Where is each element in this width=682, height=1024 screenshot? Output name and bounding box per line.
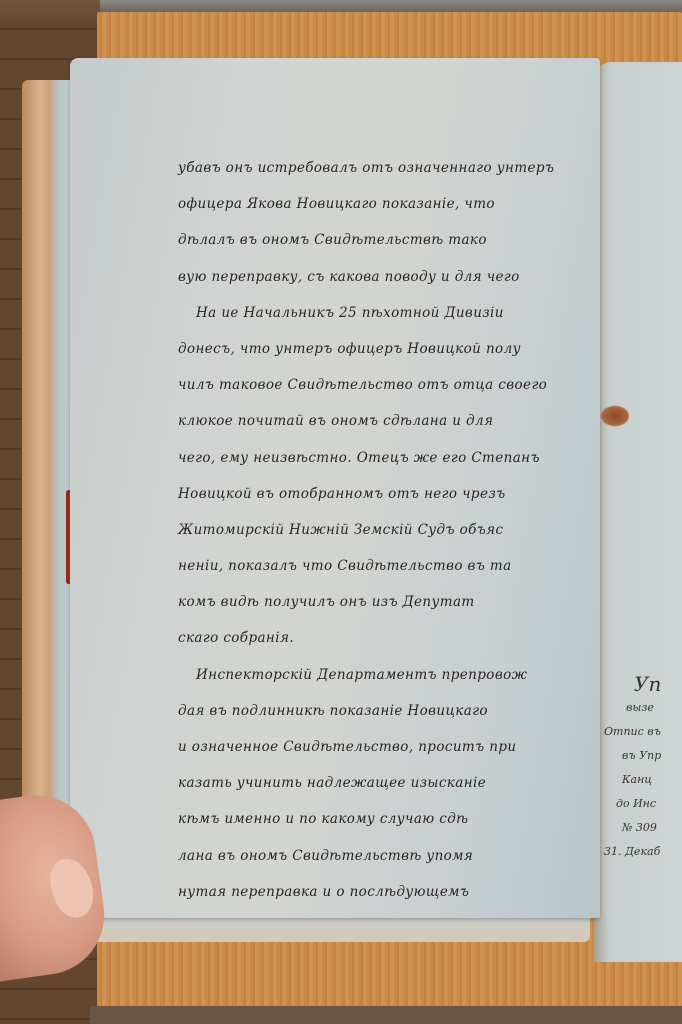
facing-line: Уп bbox=[604, 672, 682, 696]
text-line: нутая переправка и о послѣдующемъ bbox=[178, 874, 598, 910]
facing-line: вызе bbox=[604, 696, 682, 720]
ink-stain bbox=[600, 405, 630, 427]
facing-page-text: Уп вызе Отпис въ въ Упр Канц до Инс № 30… bbox=[604, 672, 682, 864]
text-line: На ие Начальникъ 25 пѣхотной Дивизіи bbox=[178, 295, 598, 331]
facing-line: 31. Декаб bbox=[604, 840, 682, 864]
text-line: офицера Якова Новицкаго показаніе, что bbox=[178, 186, 598, 222]
text-line: Новицкой въ отобранномъ отъ него чрезъ bbox=[178, 476, 598, 512]
text-line: неніи, показалъ что Свидѣтельство въ та bbox=[178, 548, 598, 584]
text-line: лана въ ономъ Свидѣтельствѣ упомя bbox=[178, 838, 598, 874]
text-line: кѣмъ именно и по какому случаю сдѣ bbox=[178, 801, 598, 837]
text-line: Инспекторскій Департаментъ препровож bbox=[178, 657, 598, 693]
text-line: клюкое почитай въ ономъ сдѣлана и для bbox=[178, 403, 598, 439]
facing-line: № 309 bbox=[604, 816, 682, 840]
desk-bottom-shadow bbox=[90, 1006, 682, 1024]
text-line: скаго собранія. bbox=[178, 620, 598, 656]
facing-line: Канц bbox=[604, 768, 682, 792]
text-line: Житомирскій Нижній Земскій Судъ объяс bbox=[178, 512, 598, 548]
text-line: вую переправку, съ какова поводу и для ч… bbox=[178, 259, 598, 295]
text-line: чего, ему неизвѣстно. Отецъ же его Степа… bbox=[178, 440, 598, 476]
text-line: убавъ онъ истребовалъ отъ означеннаго ун… bbox=[178, 150, 598, 186]
text-line: чилъ таковое Свидѣтельство отъ отца свое… bbox=[178, 367, 598, 403]
facing-line: Отпис въ bbox=[604, 720, 682, 744]
text-line: казать учинить надлежащее изысканіе bbox=[178, 765, 598, 801]
handwritten-text: убавъ онъ истребовалъ отъ означеннаго ун… bbox=[178, 150, 598, 910]
facing-line: до Инс bbox=[604, 792, 682, 816]
facing-line: въ Упр bbox=[604, 744, 682, 768]
text-line: комъ видѣ получилъ онъ изъ Депутат bbox=[178, 584, 598, 620]
text-line: донесъ, что унтеръ офицеръ Новицкой полу bbox=[178, 331, 598, 367]
text-line: и означенное Свидѣтельство, проситъ при bbox=[178, 729, 598, 765]
text-line: дѣлалъ въ ономъ Свидѣтельствѣ тако bbox=[178, 222, 598, 258]
text-line: дая въ подлинникѣ показаніе Новицкаго bbox=[178, 693, 598, 729]
